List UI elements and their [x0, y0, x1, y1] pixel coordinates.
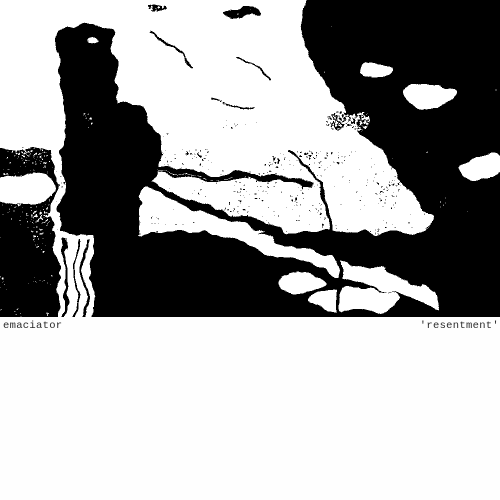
album-cover: emaciator 'resentment'	[0, 0, 500, 500]
cover-photo	[0, 0, 500, 317]
album-title: 'resentment'	[420, 320, 499, 332]
artist-name: emaciator	[3, 320, 62, 332]
cover-photo-graphic	[0, 0, 500, 317]
caption-row: emaciator 'resentment'	[0, 320, 500, 334]
blank-lower-area	[0, 340, 500, 500]
